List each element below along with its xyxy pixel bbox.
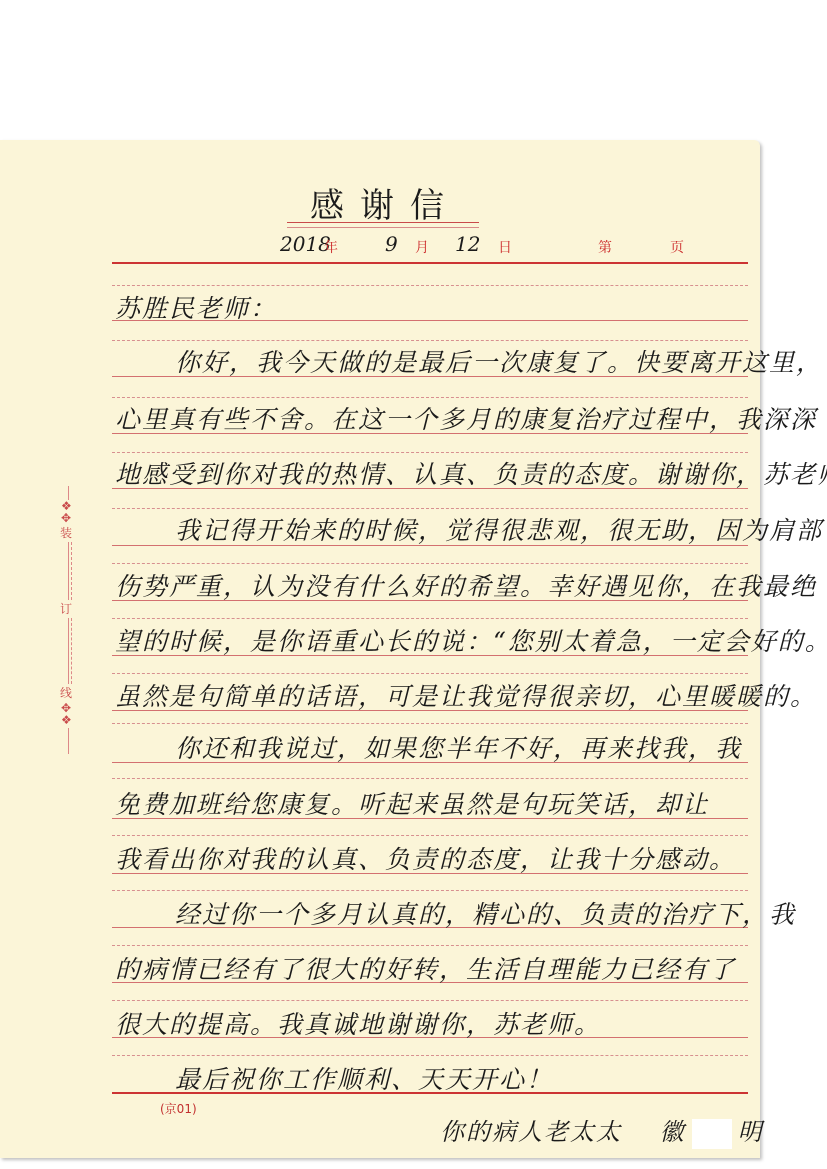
letter-line-3: 地感受到你对我的热情、认真、负责的态度。谢谢你，苏老师。 bbox=[115, 455, 755, 489]
ornament-icon: ✥ bbox=[61, 512, 71, 524]
signature-name-last: 明 bbox=[738, 1118, 764, 1146]
signature: 你的病人老太太 徽明 bbox=[440, 1112, 764, 1149]
rule-dotted bbox=[112, 723, 748, 724]
rule-dotted bbox=[112, 673, 748, 674]
rule-dotted bbox=[112, 563, 748, 564]
title-underline bbox=[287, 222, 479, 223]
letter-line-10: 我看出你对我的认真、负责的态度，让我十分感动。 bbox=[115, 840, 755, 874]
binding-line bbox=[68, 486, 69, 500]
rule-dotted bbox=[112, 778, 748, 779]
binding-line bbox=[68, 542, 69, 600]
form-code: (京01) bbox=[160, 1100, 197, 1117]
signature-name-first: 徽 bbox=[660, 1118, 686, 1146]
salutation: 苏胜民老师： bbox=[115, 289, 755, 323]
letter-line-11: 经过你一个多月认真的，精心的、负责的治疗下，我 bbox=[115, 895, 815, 929]
signature-prefix: 你的病人老太太 bbox=[440, 1118, 622, 1146]
binding-char-1: 装 bbox=[60, 526, 72, 540]
rule-dotted bbox=[112, 945, 748, 946]
redaction-box bbox=[692, 1119, 732, 1149]
rule-dotted bbox=[112, 1000, 748, 1001]
binding-char-2: 订 bbox=[60, 602, 72, 616]
date-year-label: 年 bbox=[324, 237, 338, 257]
rule-dotted bbox=[112, 1055, 748, 1056]
rule-dotted bbox=[112, 452, 748, 453]
binding-char-3: 线 bbox=[60, 686, 72, 700]
rule-solid bbox=[112, 545, 748, 546]
letter-line-14: 最后祝你工作顺利、天天开心！ bbox=[115, 1060, 815, 1094]
letter-line-9: 免费加班给您康复。听起来虽然是句玩笑话，却让 bbox=[115, 785, 755, 819]
rule-dotted bbox=[112, 618, 748, 619]
binding-line bbox=[71, 618, 72, 684]
rule-dotted bbox=[112, 285, 748, 286]
rule-dotted bbox=[112, 835, 748, 836]
letter-line-12: 的病情已经有了很大的好转，生活自理能力已经有了 bbox=[115, 950, 755, 984]
rule-dotted bbox=[112, 340, 748, 341]
letter-title: 感谢信 bbox=[290, 178, 480, 227]
letter-line-7: 虽然是句简单的话语，可是让我觉得很亲切，心里暖暖的。 bbox=[115, 677, 755, 711]
letter-line-13: 很大的提高。我真诚地谢谢你，苏老师。 bbox=[115, 1005, 755, 1039]
letter-line-8: 你还和我说过，如果您半年不好，再来找我，我 bbox=[115, 729, 815, 763]
rule-dotted bbox=[112, 397, 748, 398]
binding-line bbox=[68, 618, 69, 684]
date-month-label: 月 bbox=[415, 237, 429, 257]
rule-dotted bbox=[112, 890, 748, 891]
binding-margin: ❖ ✥ 装 订 线 ✥ ❖ bbox=[62, 486, 76, 756]
letter-line-6: 望的时候，是你语重心长的说：“您别太着急，一定会好的。 bbox=[115, 622, 755, 656]
binding-line bbox=[68, 728, 69, 754]
page-suffix: 页 bbox=[670, 237, 684, 257]
date-day: 12 bbox=[455, 232, 480, 256]
letter-line-1: 你好，我今天做的是最后一次康复了。快要离开这里， bbox=[115, 343, 815, 377]
letter-line-4: 我记得开始来的时候，觉得很悲观，很无助，因为肩部 bbox=[115, 511, 815, 545]
date-month: 9 bbox=[385, 232, 398, 256]
letter-line-5: 伤势严重，认为没有什么好的希望。幸好遇见你，在我最绝 bbox=[115, 567, 755, 601]
letter-line-2: 心里真有些不舍。在这一个多月的康复治疗过程中，我深深 bbox=[115, 400, 755, 434]
page-prefix: 第 bbox=[598, 237, 612, 257]
header-rule bbox=[112, 262, 748, 264]
date-day-label: 日 bbox=[498, 237, 512, 257]
binding-line bbox=[71, 542, 72, 600]
title-underline-2 bbox=[287, 227, 479, 228]
ornament-icon: ❖ bbox=[61, 714, 72, 726]
rule-dotted bbox=[112, 508, 748, 509]
